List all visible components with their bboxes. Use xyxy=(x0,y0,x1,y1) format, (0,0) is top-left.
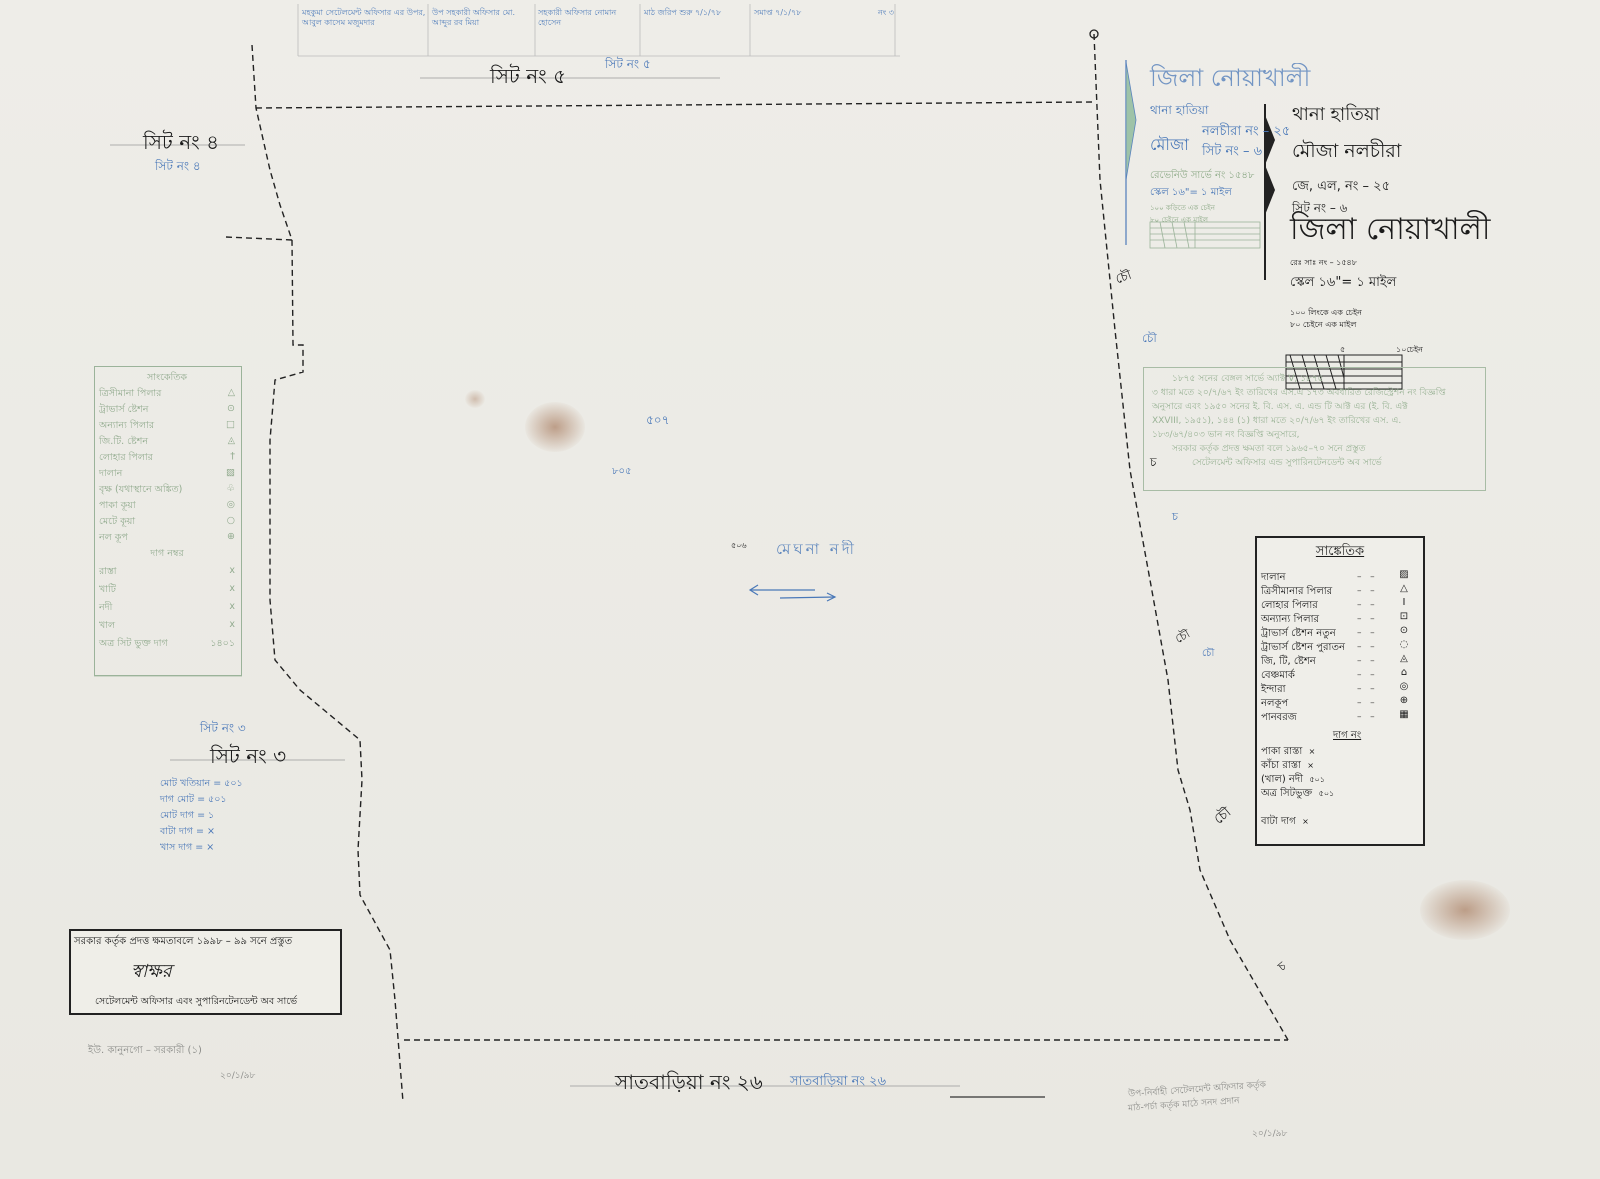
tree-icon: ♧ xyxy=(226,483,235,494)
margin-note-bottom-left-date: ২০/১/৯৮ xyxy=(220,1068,255,1083)
legend-dash: – – xyxy=(1357,670,1375,680)
old-legend-item: অন্যান্য পিলার□ xyxy=(99,419,235,434)
west-note: দাগ মোট = ৫০১ xyxy=(160,792,243,808)
title-block: থানা হাতিয়া মৌজা নলচীরা জে, এল, নং – ২৫… xyxy=(1292,100,1492,220)
margin-note-bottom-right-date: ২০/১/৯৮ xyxy=(1252,1126,1287,1141)
old-mouza-label: মৌজা xyxy=(1150,132,1189,159)
legend-dash: – – xyxy=(1357,586,1375,596)
mouza: মৌজা নলচীরা xyxy=(1292,137,1492,169)
gt-station-icon: ◬ xyxy=(1397,654,1411,664)
west-note: বাটা দাগ = × xyxy=(160,824,243,840)
top-strip-cell: সমাপ্ত ৭/১/৭৮ xyxy=(754,8,844,18)
legend-title: সাঙ্কেতিক xyxy=(1257,542,1423,563)
west-note: খাস দাগ = × xyxy=(160,840,243,856)
legend-dash: – – xyxy=(1357,642,1375,652)
old-legend-dag-item: রাস্তাx xyxy=(99,565,235,580)
thana: থানা হাতিয়া xyxy=(1292,100,1492,131)
old-legend-item: দালান▨ xyxy=(99,467,235,482)
scale: স্কেল ১৬"= ১ মাইল xyxy=(1290,273,1396,294)
old-legend-dag-item: নদীx xyxy=(99,601,235,616)
cadastral-map-sheet: মহকুমা সেটেলমেন্ট অফিসার এর উপর, আবুল কা… xyxy=(0,0,1600,1179)
old-mouza-line-2: সিট নং – ৬ xyxy=(1202,142,1262,163)
scale-bar-end-label: ১০চেইন xyxy=(1396,344,1423,357)
old-legend-dag-item: অত্র সিট ভুক্ত দাগ১৪০১ xyxy=(99,637,235,652)
building-icon: ▨ xyxy=(226,467,235,478)
west-note: মোট দাগ = ১ xyxy=(160,808,243,824)
plot-number: ৮০৫ xyxy=(612,464,631,481)
other-pillar-icon: ⊡ xyxy=(1397,612,1411,622)
betel-garden-icon: ▦ xyxy=(1397,710,1411,720)
well-icon: ◎ xyxy=(227,499,235,510)
top-strip-cell: মাঠ জরিপ শুরু ৭/১/৭৮ xyxy=(644,8,744,18)
adjacent-sheet-west-upper: সিট নং ৪ xyxy=(143,128,219,161)
legend-dash: – – xyxy=(1357,684,1375,694)
old-legend-item: লোহার পিলার† xyxy=(99,451,235,466)
legend: সাঙ্কেতিক দালান ত্রিসীমানার পিলার লোহার … xyxy=(1255,536,1425,846)
top-strip-cell: সহকারী অফিসার নোমান হোসেন xyxy=(538,8,638,28)
triangle-icon: △ xyxy=(228,387,235,398)
adjacent-sheet-north: সিট নং ৫ xyxy=(490,62,566,95)
district: জিলা নোয়াখালী xyxy=(1290,205,1491,256)
scale-bar-mid-label: ৫ xyxy=(1340,344,1345,357)
adjacent-sheet-south: সাতবাড়িয়া নং ২৬ xyxy=(615,1068,763,1101)
legend-item: পানবরজ xyxy=(1261,710,1297,727)
old-legend-item: নল কূপ⊕ xyxy=(99,531,235,546)
benchmark-icon: ⌂ xyxy=(1397,668,1411,678)
triangle-pillar-icon: △ xyxy=(1397,584,1411,594)
adjacent-sheet-west-lower: সিট নং ৩ xyxy=(210,742,286,775)
west-notes: মোট খতিয়ান = ৫০১ দাগ মোট = ৫০১ মোট দাগ … xyxy=(160,776,243,856)
top-strip-cell: মহকুমা সেটেলমেন্ট অফিসার এর উপর, আবুল কা… xyxy=(302,8,426,28)
old-legend-dag-item: খাটিx xyxy=(99,583,235,598)
river-label: মেঘনা নদী xyxy=(776,538,857,563)
legend-dag-item: অত্র সিটভুক্ত ৫০১ xyxy=(1261,786,1334,803)
iron-pillar-icon: I xyxy=(1397,598,1411,608)
top-strip: মহকুমা সেটেলমেন্ট অফিসার এর উপর, আবুল কা… xyxy=(298,4,898,56)
legend-dash: – – xyxy=(1357,698,1375,708)
legend-dash: – – xyxy=(1357,628,1375,638)
old-legend-title: সাংকেতিক xyxy=(99,371,235,386)
revisional-survey-number: রেঃ সাঃ নং – ১৫৪৮ xyxy=(1290,257,1357,270)
old-legend-item: ত্রিসীমানা পিলার△ xyxy=(99,387,235,402)
signature: স্বাক্ষর xyxy=(131,957,172,988)
boundary-mark: চ xyxy=(1172,508,1178,527)
jl-number: জে, এল, নং – ২৫ xyxy=(1292,177,1492,198)
plot-number: ৫০৬ xyxy=(731,540,747,553)
adjacent-sheet-west-upper-old: সিট নং ৪ xyxy=(155,158,201,178)
circle-icon: ○ xyxy=(227,515,235,526)
legend-dash: – – xyxy=(1357,614,1375,624)
top-strip-cell: উপ সহকারী অফিসার মো. আব্দুর রব মিয়া xyxy=(432,8,532,28)
adjacent-sheet-south-old: সাতবাড়িয়া নং ২৬ xyxy=(790,1072,886,1093)
tubewell-icon: ⊕ xyxy=(1397,696,1411,706)
building-hatch-icon: ▨ xyxy=(1397,570,1411,580)
certificate-line-2: সেটেলমেন্ট অফিসার এবং সুপারিনটেনডেন্ট অব… xyxy=(95,995,297,1010)
well-icon: ◎ xyxy=(1397,682,1411,692)
old-legend-item: ট্রাভার্স ষ্টেশন⊙ xyxy=(99,403,235,418)
station-triangle-icon: ◬ xyxy=(228,435,235,446)
old-legend-item: মেটে কূয়া○ xyxy=(99,515,235,530)
old-legend-dag-heading: দাগ নম্বর xyxy=(99,547,235,562)
certificate-line-1: সরকার কর্তৃক প্রদত্ত ক্ষমতাবলে ১৯৯৮ – ৯৯… xyxy=(74,934,292,951)
traverse-old-icon: ◌ xyxy=(1397,640,1411,650)
boundary-mark: চ xyxy=(1150,454,1156,474)
certificate-box: সরকার কর্তৃক প্রদত্ত ক্ষমতাবলে ১৯৯৮ – ৯৯… xyxy=(69,929,342,1015)
margin-note-bottom-left: ইউ. কানুনগো – সরকারী (১) xyxy=(88,1043,202,1060)
plot-number: ৫০৭ xyxy=(646,412,669,432)
legend-dash: – – xyxy=(1357,712,1375,722)
adjacent-sheet-north-old: সিট নং ৫ xyxy=(605,56,651,76)
circle-dot-icon: ⊙ xyxy=(227,403,235,414)
legend-dash: – – xyxy=(1357,572,1375,582)
traverse-new-icon: ⊙ xyxy=(1397,626,1411,636)
legend-dag-heading: দাগ নং xyxy=(1333,728,1361,745)
boundary-mark: চৌ xyxy=(1202,646,1214,663)
old-legend-dag-item: খালx xyxy=(99,619,235,634)
old-legend: সাংকেতিক ত্রিসীমানা পিলার△ ট্রাভার্স ষ্ট… xyxy=(94,366,242,676)
old-district: জিলা নোয়াখালী xyxy=(1150,60,1350,100)
legend-dag-item: বাটা দাগ × xyxy=(1261,814,1309,831)
old-mouza-line-1: নলচীরা নং – ২৫ xyxy=(1202,122,1290,143)
green-notice: ১৮৭৫ সনের বেঙ্গল সার্ভে অ্যাক্ট V, ১৮৭৫ … xyxy=(1143,367,1486,491)
old-legend-item: জি.টি. ষ্টেশন◬ xyxy=(99,435,235,450)
legend-dash: – – xyxy=(1357,600,1375,610)
tubewell-icon: ⊕ xyxy=(227,531,235,542)
top-strip-cell: নং ৩ xyxy=(878,8,898,18)
old-legend-item: পাকা কূয়া◎ xyxy=(99,499,235,514)
legend-dash: – – xyxy=(1357,656,1375,666)
square-icon: □ xyxy=(226,419,235,430)
adjacent-sheet-west-lower-old: সিট নং ৩ xyxy=(200,720,246,740)
cross-icon: † xyxy=(230,451,235,462)
boundary-mark: চৌ xyxy=(1142,330,1157,350)
west-note: মোট খতিয়ান = ৫০১ xyxy=(160,776,243,792)
old-legend-item: বৃক্ষ (যথাস্থানে অঙ্কিত)♧ xyxy=(99,483,235,498)
chain-note-2: ৮০ চেইনে এক মাইল xyxy=(1290,319,1356,332)
